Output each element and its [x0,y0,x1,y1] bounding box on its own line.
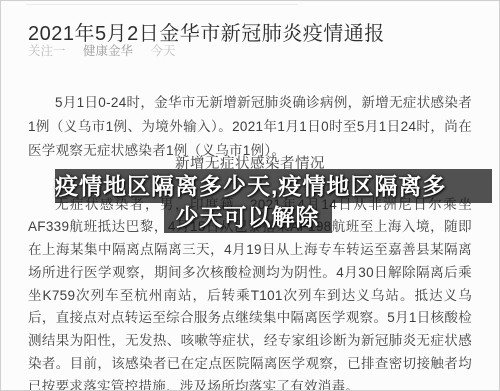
watermark-caption-line2-row: 少天可以解除 [55,203,492,233]
account-name-link[interactable]: 健康金华 [83,44,133,58]
watermark-caption-line1: 疫情地区隔离多少天,疫情地区隔离多 [55,169,492,203]
scan-artifact-line [26,4,298,5]
publish-date: 今天 [151,44,176,58]
article-page: { "article": { "title": "2021年5月2日金华市新冠肺… [0,0,500,391]
watermark-caption-overlay: 疫情地区隔离多少天,疫情地区隔离多 少天可以解除 [55,169,492,233]
follow-link[interactable]: 关注一 [28,44,66,58]
byline: 关注一 健康金华 今天 [28,44,176,58]
watermark-caption-line2: 少天可以解除 [164,203,332,233]
